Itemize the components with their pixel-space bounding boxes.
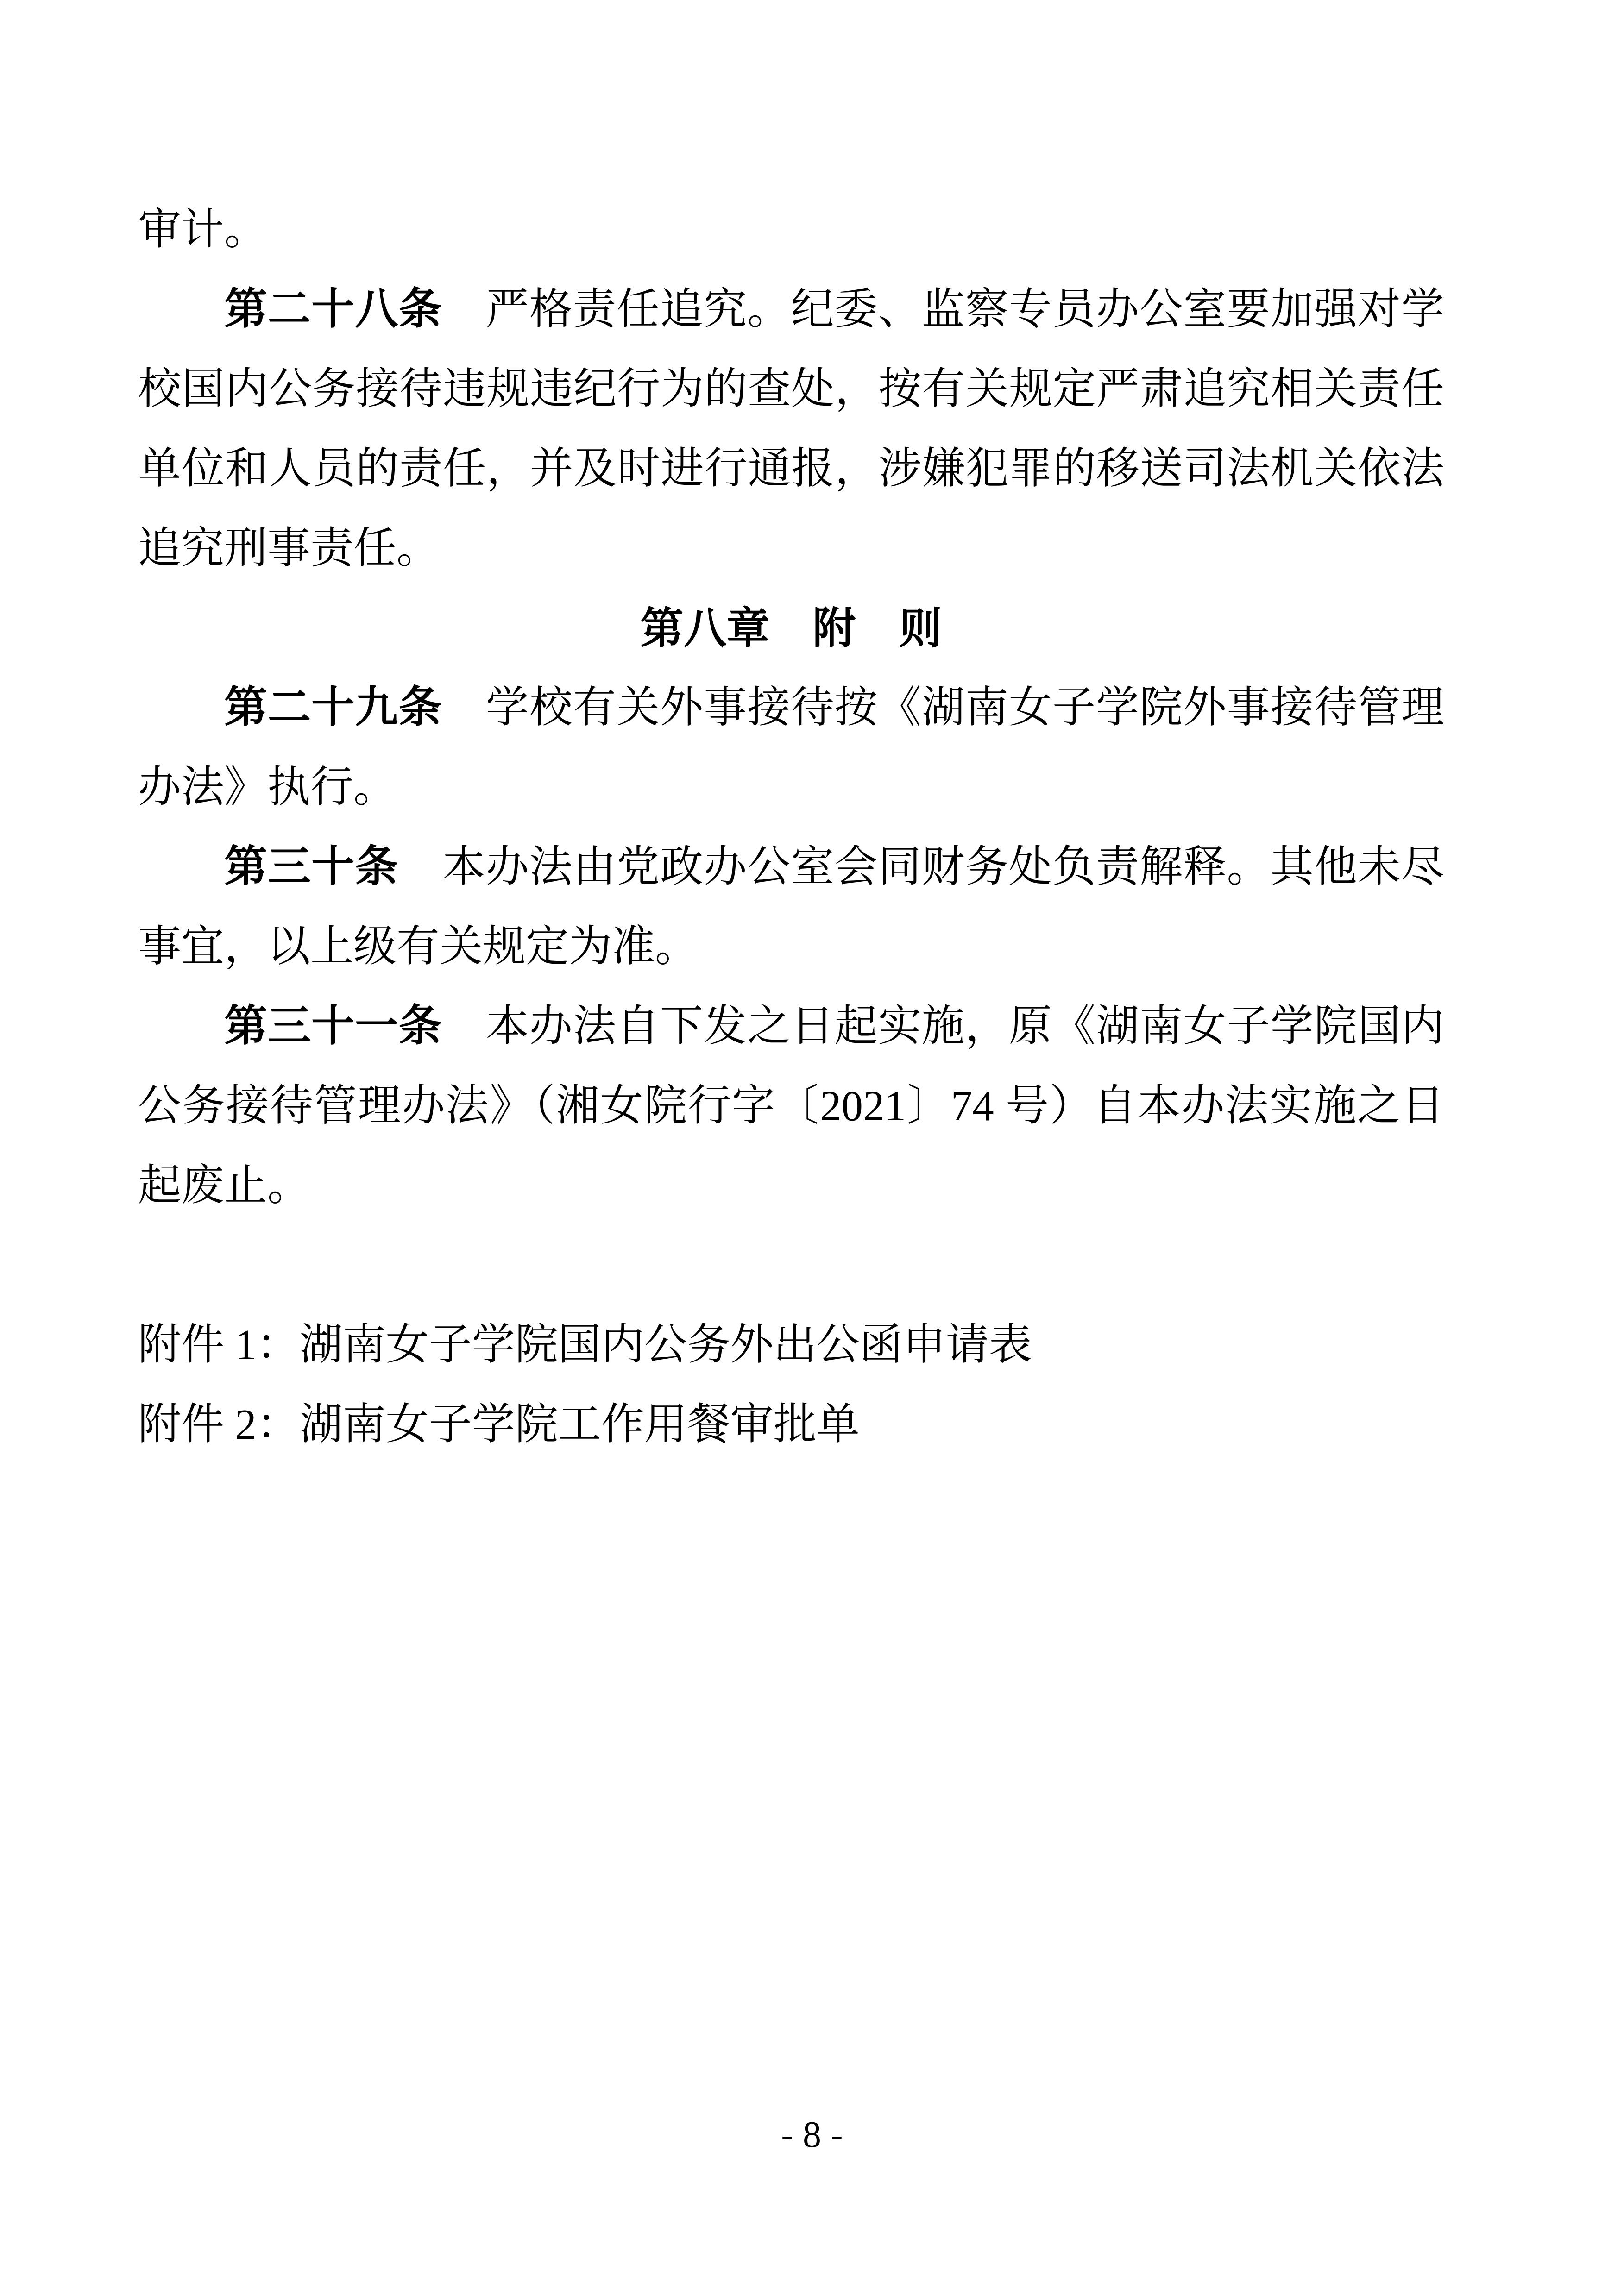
blank-line (138, 1226, 1444, 1305)
article-29-first-line: 第二十九条 学校有关外事接待按《湖南女子学院外事接待管理 (138, 668, 1444, 748)
attachment-2-line: 附件 2：湖南女子学院工作用餐审批单 (138, 1385, 1444, 1465)
document-body: 审计。 第二十八条 严格责任追究。纪委、监察专员办公室要加强对学 校国内公务接待… (138, 190, 1444, 1465)
article-31-first-line: 第三十一条 本办法自下发之日起实施，原《湖南女子学院国内 (138, 987, 1444, 1066)
page-number: - 8 - (0, 2109, 1624, 2160)
article-30-number: 第三十条 (224, 843, 398, 891)
paragraph-line: 公务接待管理办法》（湘女院行字〔2021〕74 号）自本办法实施之日 (138, 1066, 1444, 1146)
article-28-text: 严格责任追究。纪委、监察专员办公室要加强对学 (442, 286, 1444, 333)
article-28-first-line: 第二十八条 严格责任追究。纪委、监察专员办公室要加强对学 (138, 270, 1444, 350)
document-page: 审计。 第二十八条 严格责任追究。纪委、监察专员办公室要加强对学 校国内公务接待… (0, 0, 1624, 2296)
article-28-number: 第二十八条 (224, 286, 442, 333)
article-29-text: 学校有关外事接待按《湖南女子学院外事接待管理 (442, 684, 1444, 732)
attachment-1-line: 附件 1：湖南女子学院国内公务外出公函申请表 (138, 1305, 1444, 1385)
paragraph-end-line: 事宜，以上级有关规定为准。 (138, 907, 1444, 987)
chapter-8-heading: 第八章 附 则 (138, 589, 1444, 668)
article-30-text: 本办法由党政办公室会同财务处负责解释。其他未尽 (398, 843, 1444, 891)
paragraph-end-line: 办法》执行。 (138, 748, 1444, 828)
paragraph-end-line: 起废止。 (138, 1146, 1444, 1226)
paragraph-end-line: 审计。 (138, 190, 1444, 270)
paragraph-line: 校国内公务接待违规违纪行为的查处，按有关规定严肃追究相关责任 (138, 350, 1444, 429)
paragraph-end-line: 追究刑事责任。 (138, 509, 1444, 589)
article-31-number: 第三十一条 (224, 1003, 442, 1050)
article-30-first-line: 第三十条 本办法由党政办公室会同财务处负责解释。其他未尽 (138, 828, 1444, 907)
paragraph-line: 单位和人员的责任，并及时进行通报，涉嫌犯罪的移送司法机关依法 (138, 429, 1444, 509)
article-29-number: 第二十九条 (224, 684, 442, 732)
article-31-text: 本办法自下发之日起实施，原《湖南女子学院国内 (442, 1003, 1444, 1050)
